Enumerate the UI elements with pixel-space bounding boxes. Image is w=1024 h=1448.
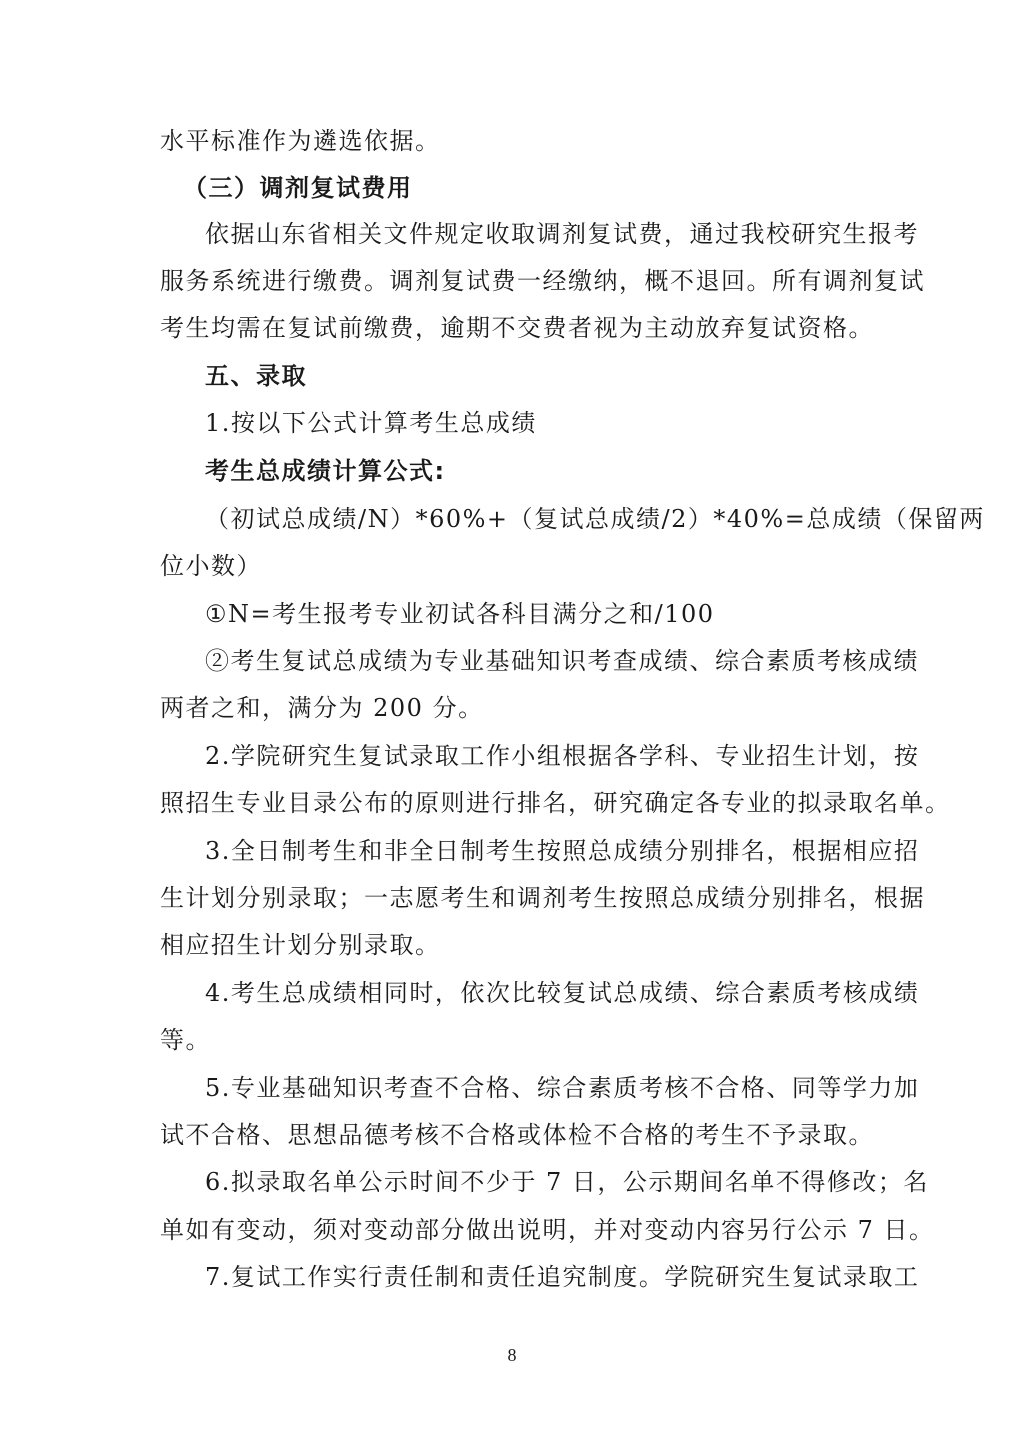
section-heading: 考生总成绩计算公式: — [205, 455, 870, 487]
text-line: 试不合格、思想品德考核不合格或体检不合格的考生不予录取。 — [160, 1119, 870, 1151]
text-line: 7.复试工作实行责任制和责任追究制度。学院研究生复试录取工 — [205, 1261, 870, 1293]
text-line: 服务系统进行缴费。调剂复试费一经缴纳，概不退回。所有调剂复试 — [160, 265, 870, 297]
text-line: ①N=考生报考专业初试各科目满分之和/100 — [205, 598, 870, 630]
text-line: 1.按以下公式计算考生总成绩 — [205, 407, 870, 439]
text-line: 3.全日制考生和非全日制考生按照总成绩分别排名，根据相应招 — [205, 835, 870, 867]
text-line: 依据山东省相关文件规定收取调剂复试费，通过我校研究生报考 — [205, 218, 870, 250]
text-line: ②考生复试总成绩为专业基础知识考查成绩、综合素质考核成绩 — [205, 645, 870, 677]
text-line: 等。 — [160, 1024, 870, 1056]
text-line: 水平标准作为遴选依据。 — [160, 125, 870, 157]
document-page: 水平标准作为遴选依据。（三）调剂复试费用依据山东省相关文件规定收取调剂复试费，通… — [0, 0, 1024, 1448]
section-heading: 五、录取 — [205, 360, 870, 392]
text-line: 生计划分别录取；一志愿考生和调剂考生按照总成绩分别排名，根据 — [160, 882, 870, 914]
text-line: 考生均需在复试前缴费，逾期不交费者视为主动放弃复试资格。 — [160, 312, 870, 344]
text-line: （初试总成绩/N）*60%+（复试总成绩/2）*40%=总成绩（保留两 — [205, 503, 870, 535]
text-line: 5.专业基础知识考查不合格、综合素质考核不合格、同等学力加 — [205, 1072, 870, 1104]
section-heading: （三）调剂复试费用 — [183, 172, 893, 204]
text-line: 6.拟录取名单公示时间不少于 7 日，公示期间名单不得修改；名 — [205, 1166, 870, 1198]
text-line: 照招生专业目录公布的原则进行排名，研究确定各专业的拟录取名单。 — [160, 787, 870, 819]
text-line: 单如有变动，须对变动部分做出说明，并对变动内容另行公示 7 日。 — [160, 1214, 870, 1246]
text-line: 相应招生计划分别录取。 — [160, 929, 870, 961]
page-number: 8 — [0, 1345, 1024, 1366]
text-line: 2.学院研究生复试录取工作小组根据各学科、专业招生计划，按 — [205, 740, 870, 772]
text-line: 4.考生总成绩相同时，依次比较复试总成绩、综合素质考核成绩 — [205, 977, 870, 1009]
text-line: 两者之和，满分为 200 分。 — [160, 692, 870, 724]
text-line: 位小数） — [160, 550, 870, 582]
